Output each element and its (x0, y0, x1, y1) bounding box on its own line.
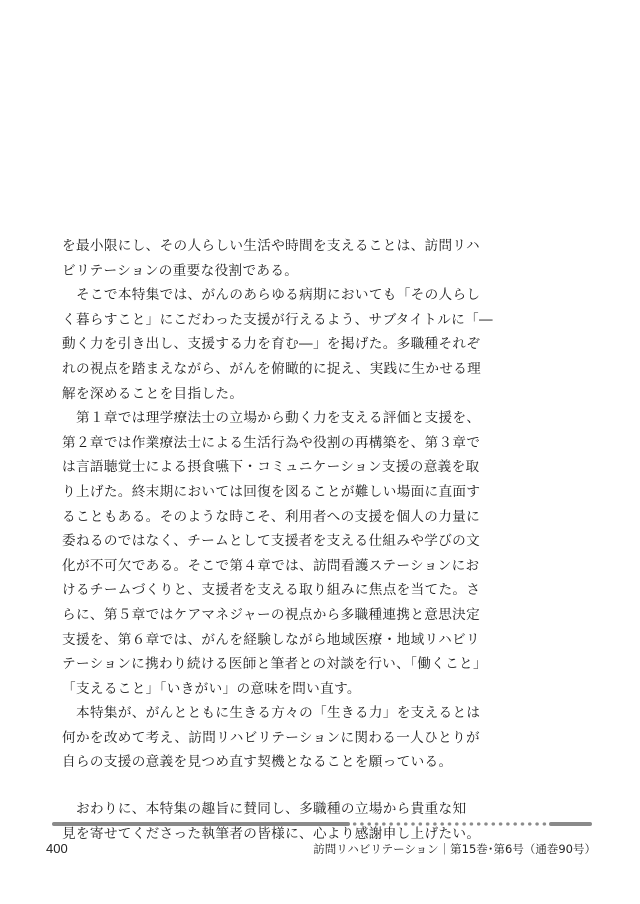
running-title: 訪問リハビリテーション｜第15巻･第6号（通巻90号） (313, 841, 596, 857)
article-body: を最小限にし、その人らしい生活や時間を支えることは、訪問リハ ビリテーションの重… (62, 234, 582, 846)
text-line: れの視点を踏まえながら、がんを俯瞰的に捉え、実践に生かせる理 (62, 357, 582, 382)
text-line: 解を深めることを目指した。 (62, 382, 582, 407)
text-line: テーションに携わり続ける医師と筆者との対談を行い、「働くこと」 (62, 652, 582, 677)
footer-rule-left (52, 822, 350, 826)
text-line: けるチームづくりと、支援者を支える取り組みに焦点を当てた。さ (62, 578, 582, 603)
text-line: は言語聴覚士による摂食嚥下・コミュニケーション支援の意義を取 (62, 455, 582, 480)
text-line: ることもある。そのような時こそ、利用者への支援を個人の力量に (62, 505, 582, 530)
footer-dotted-rule (351, 822, 547, 826)
text-line: 自らの支援の意義を見つめ直す契機となることを願っている。 (62, 750, 582, 775)
text-line: 何かを改めて考え、訪問リハビリテーションに関わる一人ひとりが (62, 726, 582, 751)
text-line: く暮らすこと」にこだわった支援が行えるよう、サブタイトルに「― (62, 308, 582, 333)
text-line: 第１章では理学療法士の立場から動く力を支える評価と支援を、 (62, 406, 582, 431)
text-line: おわりに、本特集の趣旨に賛同し、多職種の立場から貴重な知 (62, 797, 582, 822)
text-line: 第２章では作業療法士による生活行為や役割の再構築を、第３章で (62, 431, 582, 456)
paragraph: 本特集が、がんとともに生きる方々の「生きる力」を支えるとは 何かを改めて考え、訪… (62, 701, 582, 775)
paragraph: を最小限にし、その人らしい生活や時間を支えることは、訪問リハ ビリテーションの重… (62, 234, 582, 283)
paragraph: 第１章では理学療法士の立場から動く力を支える評価と支援を、 第２章では作業療法士… (62, 406, 582, 701)
text-line: を最小限にし、その人らしい生活や時間を支えることは、訪問リハ (62, 234, 582, 259)
document-page: を最小限にし、その人らしい生活や時間を支えることは、訪問リハ ビリテーションの重… (0, 0, 640, 904)
text-line: そこで本特集では、がんのあらゆる病期においても「その人らし (62, 283, 582, 308)
page-number: 400 (46, 841, 68, 856)
text-line: 本特集が、がんとともに生きる方々の「生きる力」を支えるとは (62, 701, 582, 726)
text-line: らに、第５章ではケアマネジャーの視点から多職種連携と意思決定 (62, 603, 582, 628)
text-line: 委ねるのではなく、チームとして支援者を支える仕組みや学びの文 (62, 529, 582, 554)
footer-rule-right (549, 822, 592, 826)
text-line: ビリテーションの重要な役割である。 (62, 259, 582, 284)
text-line: り上げた。終末期においては回復を図ることが難しい場面に直面す (62, 480, 582, 505)
text-line: 化が不可欠である。そこで第４章では、訪問看護ステーションにお (62, 554, 582, 579)
paragraph: そこで本特集では、がんのあらゆる病期においても「その人らし く暮らすこと」にこだ… (62, 283, 582, 406)
text-line: 「支えること」「いきがい」の意味を問い直す。 (62, 677, 582, 702)
text-line: 支援を、第６章では、がんを経験しながら地域医療・地域リハビリ (62, 628, 582, 653)
paragraph-gap (62, 775, 582, 797)
text-line: 動く力を引き出し、支援する力を育む―」を掲げた。多職種それぞ (62, 332, 582, 357)
